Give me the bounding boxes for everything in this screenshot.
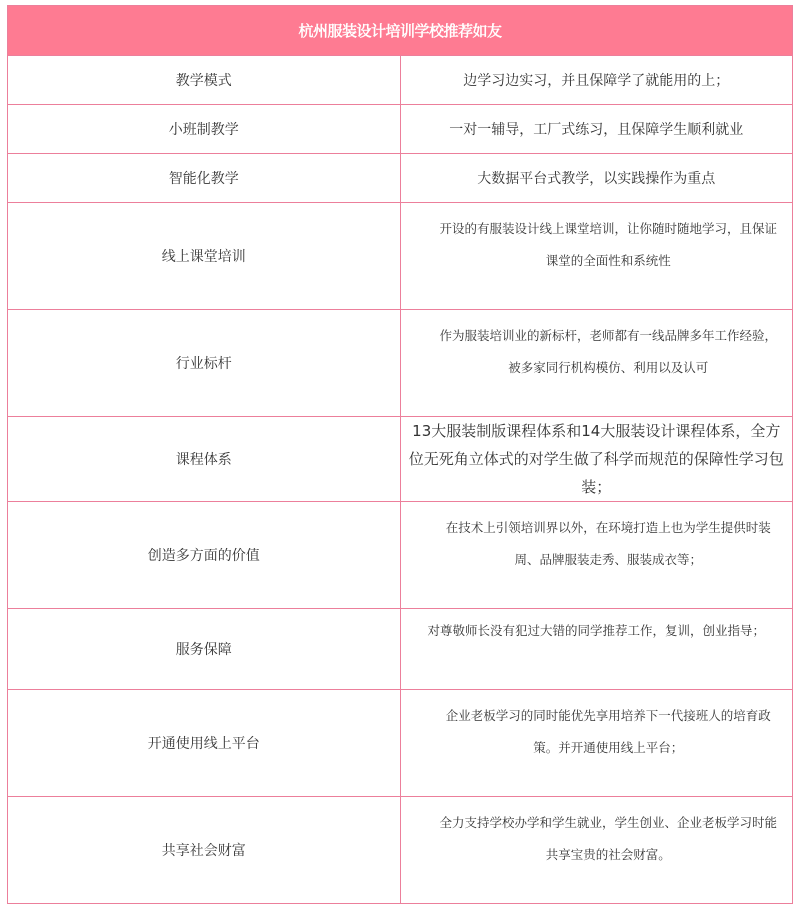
- table-row: 开通使用线上平台 企业老板学习的同时能优先享用培养下一代接班人的培育政策。并开通…: [8, 690, 793, 797]
- row-label: 课程体系: [8, 417, 401, 502]
- row-value: 在技术上引领培训界以外，在环境打造上也为学生提供时装周、品牌服装走秀、服装成衣等…: [400, 502, 793, 609]
- row-value: 边学习边实习，并且保障学了就能用的上；: [400, 56, 793, 105]
- row-label: 教学模式: [8, 56, 401, 105]
- table-row: 线上课堂培训 开设的有服装设计线上课堂培训，让你随时随地学习，且保证课堂的全面性…: [8, 203, 793, 310]
- row-value: 作为服装培训业的新标杆，老师都有一线品牌多年工作经验，被多家同行机构模仿、利用以…: [400, 310, 793, 417]
- table-row: 共享社会财富 全力支持学校办学和学生就业，学生创业、企业老板学习时能共享宝贵的社…: [8, 797, 793, 839]
- row-value: 企业老板学习的同时能优先享用培养下一代接班人的培育政策。并开通使用线上平台；: [400, 690, 793, 797]
- table-row: 行业标杆 作为服装培训业的新标杆，老师都有一线品牌多年工作经验，被多家同行机构模…: [8, 310, 793, 417]
- table-row: 小班制教学 一对一辅导，工厂式练习，且保障学生顺利就业: [8, 105, 793, 154]
- row-label: 共享社会财富: [8, 797, 401, 839]
- row-label: 小班制教学: [8, 105, 401, 154]
- row-value: 13大服装制版课程体系和14大服装设计课程体系，全方位无死角立体式的对学生做了科…: [400, 417, 793, 502]
- row-label: 行业标杆: [8, 310, 401, 417]
- row-value: 对尊敬师长没有犯过大错的同学推荐工作，复训，创业指导；: [400, 609, 793, 690]
- table-title: 杭州服装设计培训学校推荐如友: [8, 6, 793, 56]
- row-label: 智能化教学: [8, 154, 401, 203]
- row-value: 大数据平台式教学，以实践操作为重点: [400, 154, 793, 203]
- table-row: 课程体系 13大服装制版课程体系和14大服装设计课程体系，全方位无死角立体式的对…: [8, 417, 793, 502]
- table-row: 服务保障 对尊敬师长没有犯过大错的同学推荐工作，复训，创业指导；: [8, 609, 793, 690]
- row-label: 开通使用线上平台: [8, 690, 401, 797]
- table-row: 教学模式 边学习边实习，并且保障学了就能用的上；: [8, 56, 793, 105]
- row-value: 开设的有服装设计线上课堂培训，让你随时随地学习，且保证课堂的全面性和系统性: [400, 203, 793, 310]
- school-recommendation-table: 杭州服装设计培训学校推荐如友 教学模式 边学习边实习，并且保障学了就能用的上； …: [7, 5, 793, 838]
- row-label: 线上课堂培训: [8, 203, 401, 310]
- table-row: 智能化教学 大数据平台式教学，以实践操作为重点: [8, 154, 793, 203]
- row-label: 服务保障: [8, 609, 401, 690]
- row-label: 创造多方面的价值: [8, 502, 401, 609]
- row-value: 全力支持学校办学和学生就业，学生创业、企业老板学习时能共享宝贵的社会财富。: [400, 797, 793, 839]
- row-value: 一对一辅导，工厂式练习，且保障学生顺利就业: [400, 105, 793, 154]
- table-row: 创造多方面的价值 在技术上引领培训界以外，在环境打造上也为学生提供时装周、品牌服…: [8, 502, 793, 609]
- table-header-row: 杭州服装设计培训学校推荐如友: [8, 6, 793, 56]
